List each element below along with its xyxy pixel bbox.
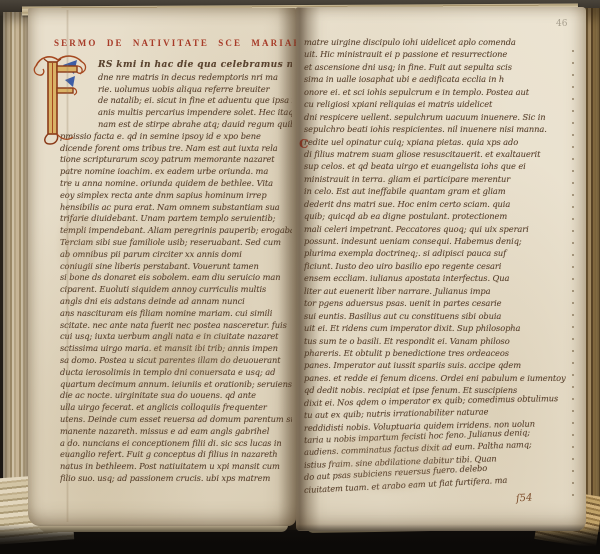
manuscript-text-line: possunt. indesunt ueniam consequi. Habem… — [304, 235, 566, 247]
manuscript-text-line: di filius matrem suam gliose resuscitaue… — [304, 148, 566, 160]
manuscript-photograph: SERMO DE NATIVITATE SCE MARIAE — [0, 0, 600, 554]
manuscript-text-line: cui usq; iuxta uerbum angli nata e in ci… — [60, 331, 292, 343]
manuscript-text-line: tus sum te o basili. Et respondit ei. Va… — [304, 335, 566, 347]
manuscript-text-line: ministrauit in terra. gliam ei participa… — [304, 173, 566, 185]
manuscript-text-line: sima in ualle iosaphat ubi e aedificata … — [304, 73, 566, 85]
manuscript-text-line: et ascensione dni usq; in fine. Fuit aut… — [304, 61, 566, 73]
manuscript-text-line: uit. Hic ministrauit ei p passione et re… — [304, 48, 566, 60]
manuscript-text-line: anis multis percarius impendere solet. H… — [60, 107, 292, 119]
quire-signature: ſ54 — [516, 492, 533, 504]
manuscript-text-line: coniugii sine liberis perstabant. Voueru… — [60, 261, 292, 273]
manuscript-text-line: dicende forent oms tribus tre. Nam est a… — [60, 143, 292, 155]
manuscript-text-line: trifarie diuidebant. Unam partem templo … — [60, 213, 292, 225]
manuscript-text-line: rie. uolumus uobis aliqua referre breuit… — [60, 84, 292, 96]
rubric-title: SERMO DE NATIVITATE SCE MARIAE — [54, 38, 302, 48]
manuscript-text-line: dederit dns matri sue. Hoc enim certo sc… — [304, 198, 566, 210]
manuscript-text-line: patre nomine ioachim. ex eadem urbe oriu… — [60, 166, 292, 178]
manuscript-text-line: de natalib; ei. sicut in fine et aduentu… — [60, 95, 292, 107]
manuscript-text-line: angls dni eis adstans deinde ad annam nu… — [60, 296, 292, 308]
manuscript-text-line: ensem eccliam. iulianus apostata interfe… — [304, 272, 566, 284]
manuscript-text-line: a do. nuncians ei conceptionem filii di.… — [60, 438, 292, 450]
manuscript-text-line: Terciam sibi sue familiole usib; reserua… — [60, 237, 292, 249]
manuscript-text-line: sa domo. Postea u sicut parentes illam d… — [60, 355, 292, 367]
initial-letter-icon — [32, 52, 92, 148]
manuscript-text-line: quartum decimum annum. ieiuniis et orati… — [60, 379, 292, 391]
manuscript-text-line: natus in bethleem. Post natiuitatem u xp… — [60, 461, 292, 473]
manuscript-text-line: sepulchro beati iohis respicientes. nil … — [304, 123, 566, 135]
manuscript-text-line: in celo. Est aut ineffabile quantam gram… — [304, 185, 566, 197]
manuscript-text-line: manente nazareth. missus e ad eam angls … — [60, 426, 292, 438]
manuscript-text-line: tor pgens aduersus psas. uenit in partes… — [304, 297, 566, 309]
verso-page: SERMO DE NATIVITATE SCE MARIAE — [28, 8, 296, 526]
manuscript-text-line: RS kmi in hac die qua celebramus natale … — [60, 60, 292, 72]
manuscript-text-line: scitate. nec ante nata fuerit nec postea… — [60, 320, 292, 332]
manuscript-text-line: quib; quicqd ab ea digne postulant. prot… — [304, 210, 566, 222]
left-page-text-block: RS kmi in hac die qua celebramus natale … — [60, 60, 292, 485]
manuscript-text-line: mali celeri impetrant. Peccatores quoq; … — [304, 223, 566, 235]
manuscript-text-line: ab omnibus pii parum circiter xx annis d… — [60, 249, 292, 261]
manuscript-text-line: ducta ierosolimis in templo dni conuersa… — [60, 367, 292, 379]
manuscript-text-line: liter aut euenerit liber narrare. Julian… — [304, 285, 566, 297]
manuscript-text-line: pmissio facta e. qd in semine ipsoy id e… — [60, 131, 292, 143]
right-page-text-block: matre uirgine discipulo iohi uidelicet a… — [304, 36, 566, 496]
manuscript-text-line: ulla uirgo fecerat. et anglicis colloqui… — [60, 402, 292, 414]
manuscript-text-line: si bone ds donaret eis sobolem. eam diu … — [60, 272, 292, 284]
manuscript-text-line: utens. Deinde cum esset reuersa ad domum… — [60, 414, 292, 426]
left-page-edge-stack — [3, 12, 30, 528]
manuscript-text-line: hensibilis ac pura erat. Nam omnem subst… — [60, 202, 292, 214]
manuscript-text-line: panes. Imperator aut iussit spariis suis… — [304, 359, 566, 371]
manuscript-text-line: ciparent. Euoluti siquidem annoy curricu… — [60, 284, 292, 296]
pricking-marks — [572, 40, 574, 500]
manuscript-text-line: filio suo. usq; ad passionem crucis. ubi… — [60, 473, 292, 485]
manuscript-text-line: tre u anna nomine. oriunda quidem de bet… — [60, 178, 292, 190]
manuscript-text-line: sup celos. et qd beata uirgo et euangeli… — [304, 160, 566, 172]
manuscript-text-line: uit ei. Et ridens cum imperator dixit. S… — [304, 322, 566, 334]
manuscript-text-line: phareris. Et obtulit p benedictione tres… — [304, 347, 566, 359]
manuscript-text-line: redite uel opinatur cuiq; xpiana pietas.… — [304, 136, 566, 148]
manuscript-text-line: tione scripturarum scoy patrum memorante… — [60, 154, 292, 166]
manuscript-text-line: templi impendebant. Aliam peregrinis pau… — [60, 225, 292, 237]
manuscript-text-line: onore ei. et sci iohis sepulcrum e in te… — [304, 86, 566, 98]
illuminated-initial-F — [32, 52, 92, 148]
manuscript-text-line: eoy simplex recta ante dnm sapius hominu… — [60, 190, 292, 202]
red-marginal-initial: C — [299, 137, 309, 151]
manuscript-text-line: dne nre matris in decus redemptoris nri … — [60, 72, 292, 84]
manuscript-text-line: plurima exempla doctrineq;. si adipisci … — [304, 247, 566, 259]
manuscript-text-line: matre uirgine discipulo iohi uidelicet a… — [304, 36, 566, 48]
manuscript-text-line: ficiunt. Iusto deo uiro basilio epo rege… — [304, 260, 566, 272]
manuscript-text-line: sctissima uirgo maria. et mansit ibi tri… — [60, 343, 292, 355]
manuscript-text-line: euanglio refert. Fuit g conceptus di fil… — [60, 449, 292, 461]
manuscript-text-line: sui euntis. Basilius aut cu constituens … — [304, 310, 566, 322]
manuscript-text-line: die ac nocte. uirginitate sua do uouens.… — [60, 390, 292, 402]
manuscript-text-line: dni respicere uellent. sepulchrum uacuum… — [304, 111, 566, 123]
manuscript-text-line: ans nascituram eis filiam nomine mariam.… — [60, 308, 292, 320]
recto-page: 46 C matre uirgine discipulo iohi uideli… — [296, 7, 586, 531]
folio-number: 46 — [556, 19, 567, 29]
manuscript-text-line: panes. et redde ei fenum dicens. Ordei e… — [304, 372, 566, 384]
manuscript-text-line: cu religiosi xpiani reliquias ei matris … — [304, 98, 566, 110]
manuscript-text-line: nam est de stirpe abrahe atq; dauid regu… — [60, 119, 292, 131]
